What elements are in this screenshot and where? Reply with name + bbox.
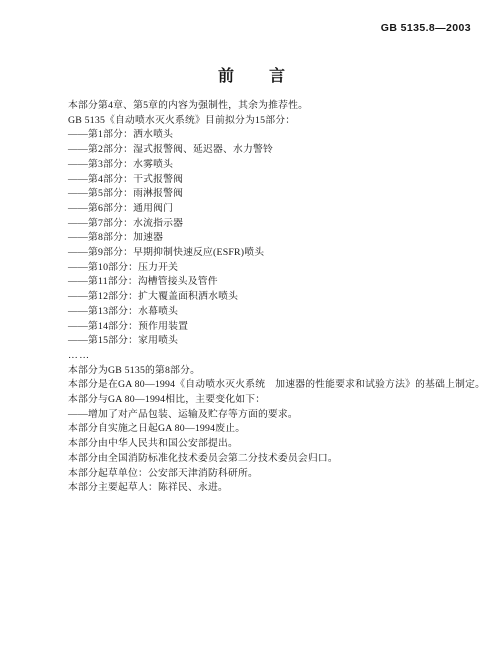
closing-paragraph: 本部分自实施之日起GA 80—1994废止。: [68, 422, 476, 437]
part-item: ——第5部分：雨淋报警阀: [68, 187, 476, 202]
closing-paragraph: 本部分由中华人民共和国公安部提出。: [68, 437, 476, 452]
part-item: ——第12部分：扩大覆盖面积洒水喷头: [68, 290, 476, 305]
intro-paragraph: 本部分第4章、第5章的内容为强制性，其余为推荐性。: [68, 99, 476, 114]
part-item: ——第13部分：水幕喷头: [68, 305, 476, 320]
part-item: ——第14部分：预作用装置: [68, 320, 476, 335]
part-item: ——第3部分：水雾喷头: [68, 158, 476, 173]
part-item: ——第11部分：沟槽管接头及管件: [68, 275, 476, 290]
part-item: ——第15部分：家用喷头: [68, 334, 476, 349]
standard-code: GB 5135.8—2003: [381, 22, 471, 34]
closing-paragraph: 本部分与GA 80—1994相比，主要变化如下：: [68, 393, 476, 408]
closing-paragraph: 本部分为GB 5135的第8部分。: [68, 364, 476, 379]
closing-paragraph: 本部分由全国消防标准化技术委员会第二分技术委员会归口。: [68, 452, 476, 467]
intro-paragraph: GB 5135《自动喷水灭火系统》目前拟分为15部分：: [68, 114, 476, 129]
closing-paragraph: 本部分是在GA 80—1994《自动喷水灭火系统 加速器的性能要求和试验方法》的…: [68, 378, 476, 393]
part-item: ——第6部分：通用阀门: [68, 202, 476, 217]
document-body: 本部分第4章、第5章的内容为强制性，其余为推荐性。 GB 5135《自动喷水灭火…: [68, 99, 476, 496]
closing-paragraph: 本部分起草单位：公安部天津消防科研所。: [68, 467, 476, 482]
closing-paragraph: 本部分主要起草人：陈祥民、永进。: [68, 481, 476, 496]
part-item: ——第10部分：压力开关: [68, 261, 476, 276]
parts-ellipsis: ……: [68, 349, 476, 364]
part-item: ——第8部分：加速器: [68, 231, 476, 246]
part-item: ——第4部分：干式报警阀: [68, 173, 476, 188]
document-page: GB 5135.8—2003 前 言 本部分第4章、第5章的内容为强制性，其余为…: [0, 0, 504, 645]
part-item: ——第1部分：洒水喷头: [68, 128, 476, 143]
part-item: ——第7部分：水流指示器: [68, 217, 476, 232]
part-item: ——第2部分：湿式报警阀、延迟器、水力警铃: [68, 143, 476, 158]
part-item: ——第9部分：早期抑制快速反应(ESFR)喷头: [68, 246, 476, 261]
page-title: 前 言: [0, 63, 504, 86]
closing-paragraph: ——增加了对产品包装、运输及贮存等方面的要求。: [68, 408, 476, 423]
